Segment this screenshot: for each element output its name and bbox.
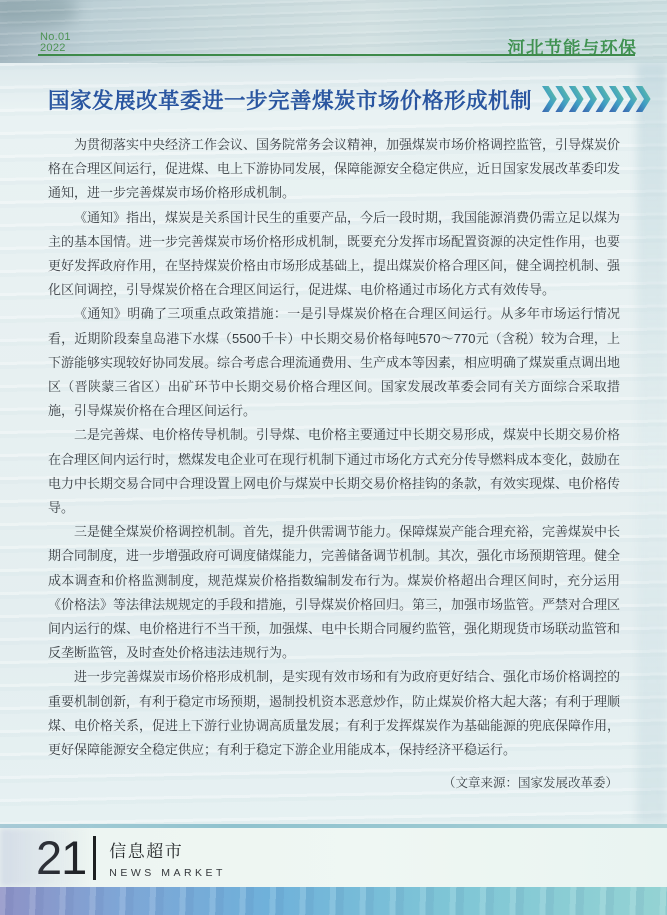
paragraph: 《通知》指出，煤炭是关系国计民生的重要产品，今后一段时期，我国能源消费仍需立足以… bbox=[48, 206, 620, 303]
paragraph: 《通知》明确了三项重点政策措施：一是引导煤炭价格在合理区间运行。从多年市场运行情… bbox=[48, 302, 620, 423]
section-title-en: NEWS MARKET bbox=[109, 867, 226, 879]
footer-separator-bar bbox=[93, 836, 96, 880]
page-number: 21 bbox=[36, 834, 86, 881]
journal-title: 河北节能与环保 bbox=[0, 35, 637, 60]
header-rule bbox=[38, 54, 635, 56]
footer-band: 21 信息超市 NEWS MARKET bbox=[0, 828, 667, 887]
chevron-arrows-icon bbox=[542, 86, 654, 112]
section-label: 信息超市 NEWS MARKET bbox=[109, 837, 226, 879]
section-title-cn: 信息超市 bbox=[109, 837, 226, 862]
article-title-row: 国家发展改革委进一步完善煤炭市场价格形成机制 bbox=[48, 84, 628, 114]
article-title: 国家发展改革委进一步完善煤炭市场价格形成机制 bbox=[48, 84, 532, 115]
bottom-color-band bbox=[0, 887, 667, 915]
paragraph: 为贯彻落实中央经济工作会议、国务院常务会议精神，加强煤炭市场价格调控监管，引导煤… bbox=[48, 133, 620, 206]
paragraph: 三是健全煤炭价格调控机制。首先，提升供需调节能力。保障煤炭产能合理充裕，完善煤炭… bbox=[48, 520, 620, 665]
right-edge-wash bbox=[637, 63, 667, 825]
article-body: 为贯彻落实中央经济工作会议、国务院常务会议精神，加强煤炭市场价格调控监管，引导煤… bbox=[48, 133, 620, 795]
paragraph: 进一步完善煤炭市场价格形成机制，是实现有效市场和有为政府更好结合、强化市场价格调… bbox=[48, 665, 620, 762]
magazine-page: No.01 2022 河北节能与环保 国家发展改革委进一步完善煤炭市场价格形成机… bbox=[0, 0, 667, 915]
bottom-band-texture bbox=[0, 887, 667, 915]
article-source: （文章来源：国家发展改革委） bbox=[48, 771, 620, 795]
paragraph: 二是完善煤、电价格传导机制。引导煤、电价格主要通过中长期交易形成，煤炭中长期交易… bbox=[48, 423, 620, 520]
